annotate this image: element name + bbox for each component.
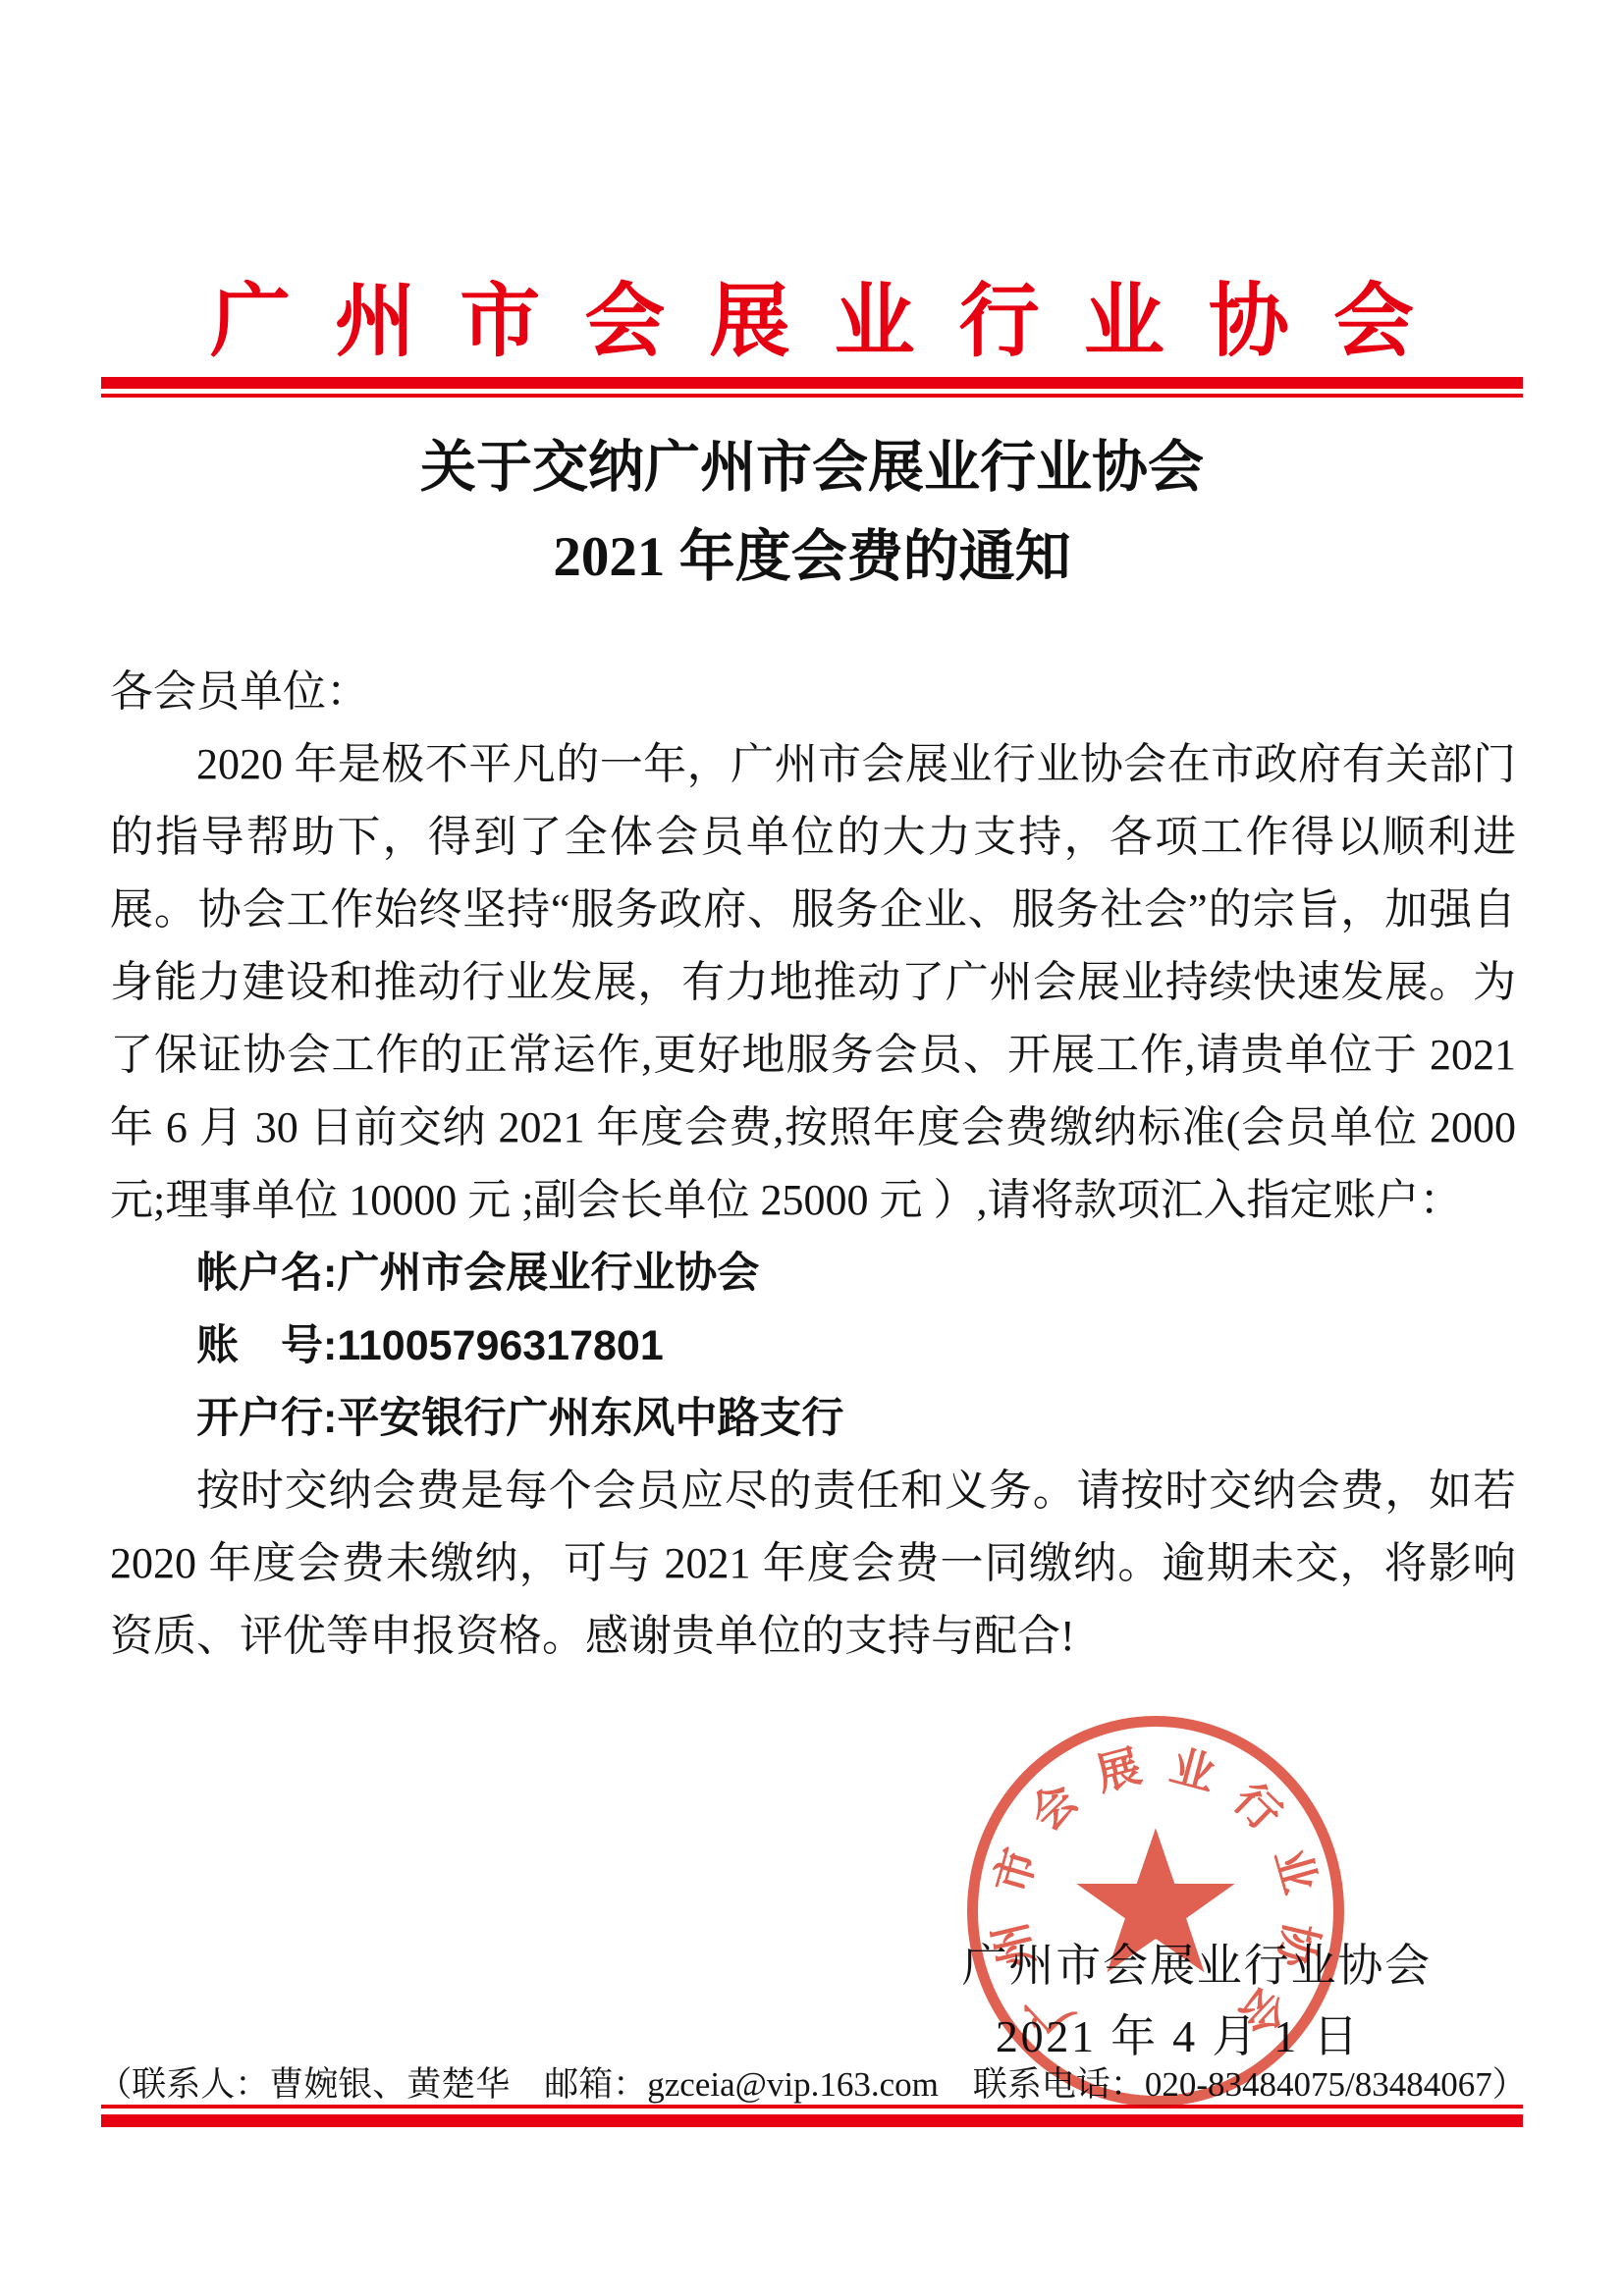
account-bank-line: 开户行:平安银行广州东风中路支行 [110,1382,1516,1455]
stamp-char: 业 [1163,1740,1222,1800]
doc-title-line1: 关于交纳广州市会展业行业协会 [0,422,1624,503]
salutation: 各会员单位： [110,656,1516,728]
body-text: 各会员单位： 2020 年是极不平凡的一年，广州市会展业行业协会在市政府有关部门… [110,656,1516,1673]
letterhead-rule-thin [101,394,1523,398]
letterhead-org-name: 广州市会展业行业协会 [0,257,1624,372]
stamp-char: 市 [986,1841,1047,1901]
stamp-char: 行 [1222,1773,1292,1842]
paragraph-1: 2020 年是极不平凡的一年，广州市会展业行业协会在市政府有关部门的指导帮助下，… [110,728,1516,1237]
document-page: 广州市会展业行业协会 关于交纳广州市会展业行业协会 2021 年度会费的通知 各… [0,0,1624,2296]
signature-org-name: 广州市会展业行业协会 [962,1930,1432,1995]
account-name-line: 帐户名:广州市会展业行业协会 [110,1237,1516,1309]
paragraph-2: 按时交纳会费是每个会员应尽的责任和义务。请按时交纳会费，如若 2020 年度会费… [110,1455,1516,1673]
account-bank-label: 开户行: [196,1395,337,1442]
stamp-char: 展 [1089,1740,1149,1800]
account-name-value: 广州市会展业行业协会 [337,1250,759,1297]
footer-contact-info: （联系人：曹婉银、黄楚华 邮箱：gzceia@vip.163.com 联系电话：… [0,2057,1624,2107]
account-name-label: 帐户名: [196,1250,337,1297]
stamp-char: 会 [1019,1773,1089,1842]
account-number-label: 账 号: [196,1322,337,1369]
account-number-value: 11005796317801 [337,1322,663,1369]
signature-date: 2021 年 4 月 1 日 [996,2001,1361,2065]
stamp-char: 业 [1265,1841,1326,1901]
footer-rule-thick [101,2114,1523,2127]
account-number-line: 账 号:11005796317801 [110,1309,1516,1382]
account-bank-value: 平安银行广州东风中路支行 [337,1395,843,1442]
letterhead-rule-thick [101,377,1523,389]
doc-title-line2: 2021 年度会费的通知 [0,511,1624,592]
